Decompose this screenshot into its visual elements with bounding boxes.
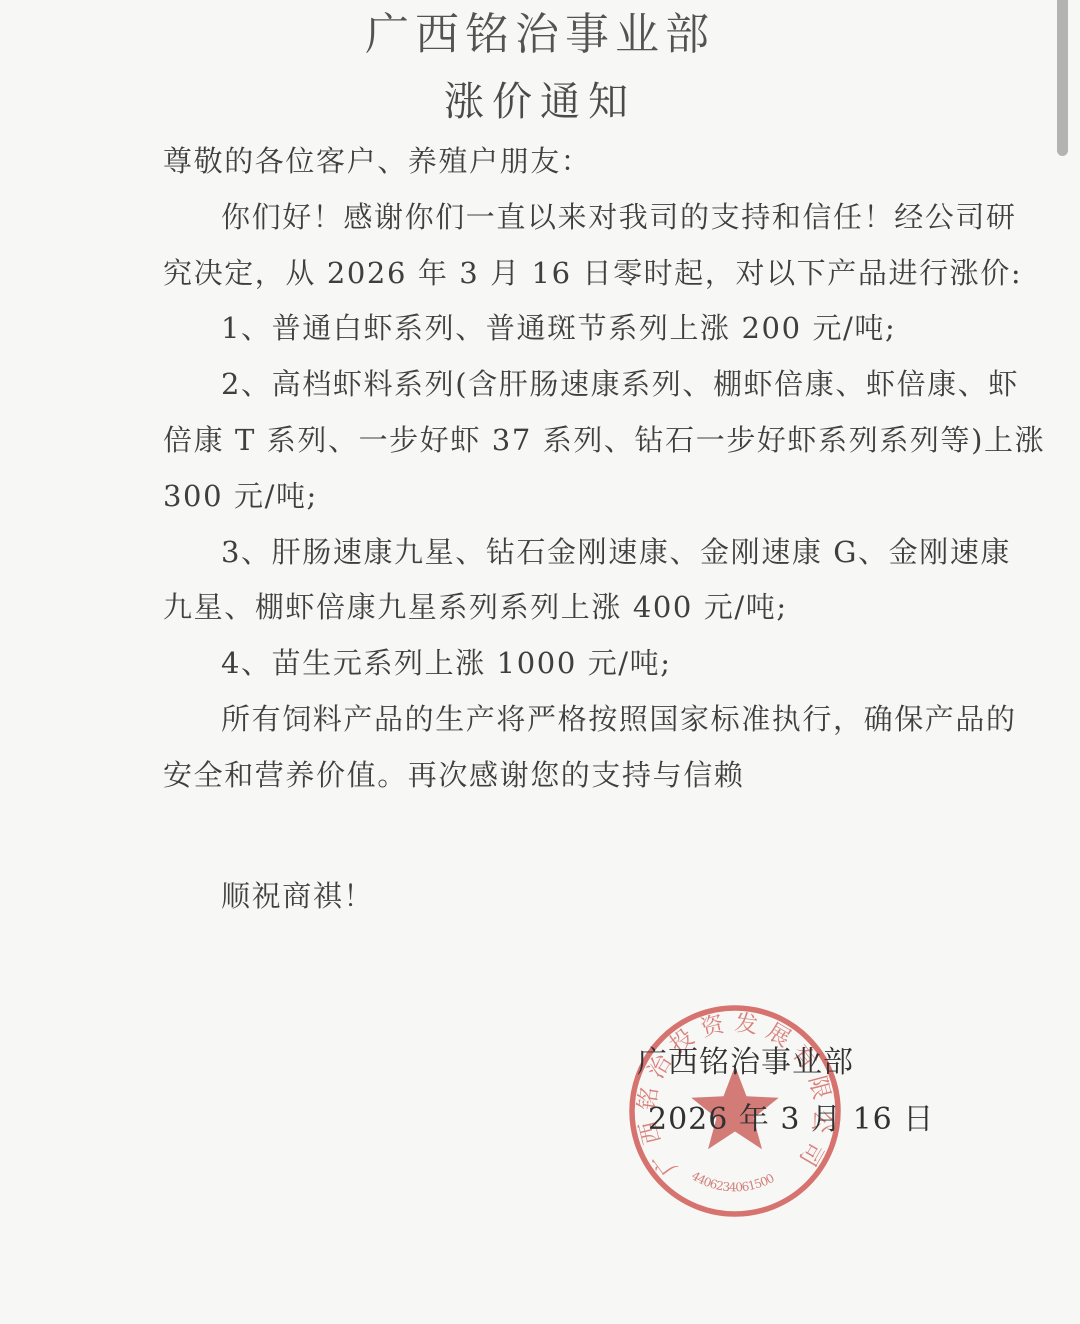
svg-text:4406234061500: 4406234061500: [689, 1169, 779, 1195]
body-line: 你们好！感谢你们一直以来对我司的支持和信任！经公司研: [163, 190, 953, 246]
notice-document: 广西铭治事业部 涨价通知 尊敬的各位客户、养殖户朋友： 你们好！感谢你们一直以来…: [0, 0, 1080, 1324]
body-line-item-3: 3、肝肠速康九星、钻石金刚速康、金刚速康 G、金刚速康: [163, 525, 953, 581]
body-line-item-2: 2、高档虾料系列(含肝肠速康系列、棚虾倍康、虾倍康、虾: [163, 357, 953, 413]
document-body: 尊敬的各位客户、养殖户朋友： 你们好！感谢你们一直以来对我司的支持和信任！经公司…: [163, 134, 953, 804]
seal-serial-number: 4406234061500: [689, 1169, 779, 1195]
signature-company-name: 广西铭治事业部: [637, 1045, 854, 1081]
body-line: 300 元/吨;: [163, 469, 953, 525]
body-line: 倍康 T 系列、一步好虾 37 系列、钻石一步好虾系列系列等)上涨: [163, 413, 953, 469]
document-subtitle: 涨价通知: [0, 74, 1080, 130]
salutation-line: 尊敬的各位客户、养殖户朋友：: [163, 134, 953, 190]
body-line: 所有饲料产品的生产将严格按照国家标准执行，确保产品的: [163, 692, 953, 748]
body-line-item-1: 1、普通白虾系列、普通斑节系列上涨 200 元/吨;: [163, 301, 953, 357]
body-line-item-4: 4、苗生元系列上涨 1000 元/吨;: [163, 636, 953, 692]
signature-date: 2026 年 3 月 16 日: [648, 1102, 934, 1138]
scrollbar-thumb[interactable]: [1057, 0, 1068, 156]
body-line: 究决定，从 2026 年 3 月 16 日零时起，对以下产品进行涨价:: [163, 246, 953, 302]
document-title: 广西铭治事业部: [0, 4, 1080, 66]
body-line: 安全和营养价值。再次感谢您的支持与信赖: [163, 748, 953, 804]
closing-line: 顺祝商祺！: [221, 868, 374, 924]
body-line: 九星、棚虾倍康九星系列系列上涨 400 元/吨;: [163, 580, 953, 636]
